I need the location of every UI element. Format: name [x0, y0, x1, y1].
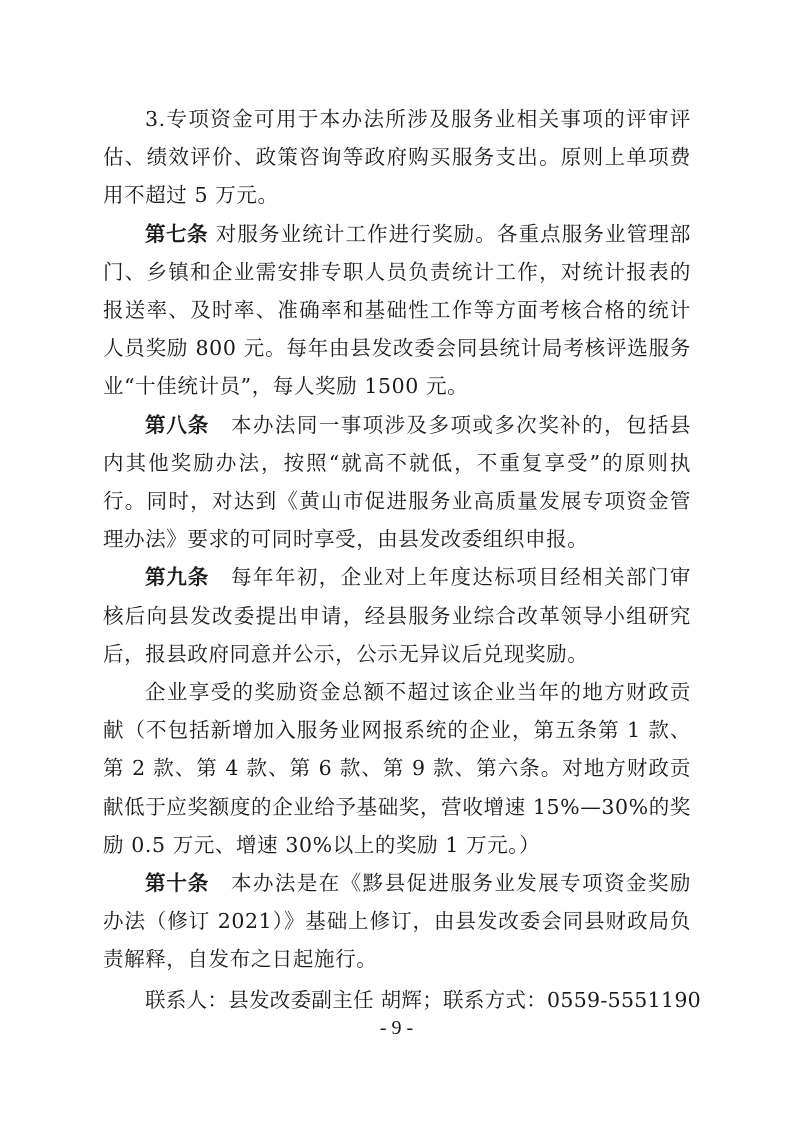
article-7: 第七条 对服务业统计工作进行奖励。各重点服务业管理部门、乡镇和企业需安排专职人员… — [103, 215, 691, 406]
document-page: 3.专项资金可用于本办法所涉及服务业相关事项的评审评估、绩效评价、政策咨询等政府… — [103, 100, 691, 1019]
article-text: 对服务业统计工作进行奖励。各重点服务业管理部门、乡镇和企业需安排专职人员负责统计… — [103, 222, 691, 399]
page-number: - 9 - — [0, 1017, 793, 1040]
contact-line: 联系人：县发改委副主任 胡辉；联系方式：0559-5551190 — [103, 981, 691, 1019]
article-10: 第十条 本办法是在《黟县促进服务业发展专项资金奖励办法（修订 2021）》基础上… — [103, 864, 691, 979]
paragraph-item-3: 3.专项资金可用于本办法所涉及服务业相关事项的评审评估、绩效评价、政策咨询等政府… — [103, 100, 691, 215]
paragraph-text: 企业享受的奖励资金总额不超过该企业当年的地方财政贡献（不包括新增加入服务业网报系… — [103, 680, 691, 857]
article-9: 第九条 每年年初，企业对上年度达标项目经相关部门审核后向县发改委提出申请，经县服… — [103, 558, 691, 673]
article-heading: 第七条 — [145, 222, 208, 246]
article-heading: 第八条 — [145, 413, 209, 437]
paragraph-text: 3.专项资金可用于本办法所涉及服务业相关事项的评审评估、绩效评价、政策咨询等政府… — [103, 107, 691, 207]
paragraph-reward-cap: 企业享受的奖励资金总额不超过该企业当年的地方财政贡献（不包括新增加入服务业网报系… — [103, 673, 691, 864]
article-heading: 第十条 — [145, 871, 209, 895]
article-heading: 第九条 — [145, 565, 209, 589]
article-8: 第八条 本办法同一事项涉及多项或多次奖补的，包括县内其他奖励办法，按照“就高不就… — [103, 406, 691, 559]
